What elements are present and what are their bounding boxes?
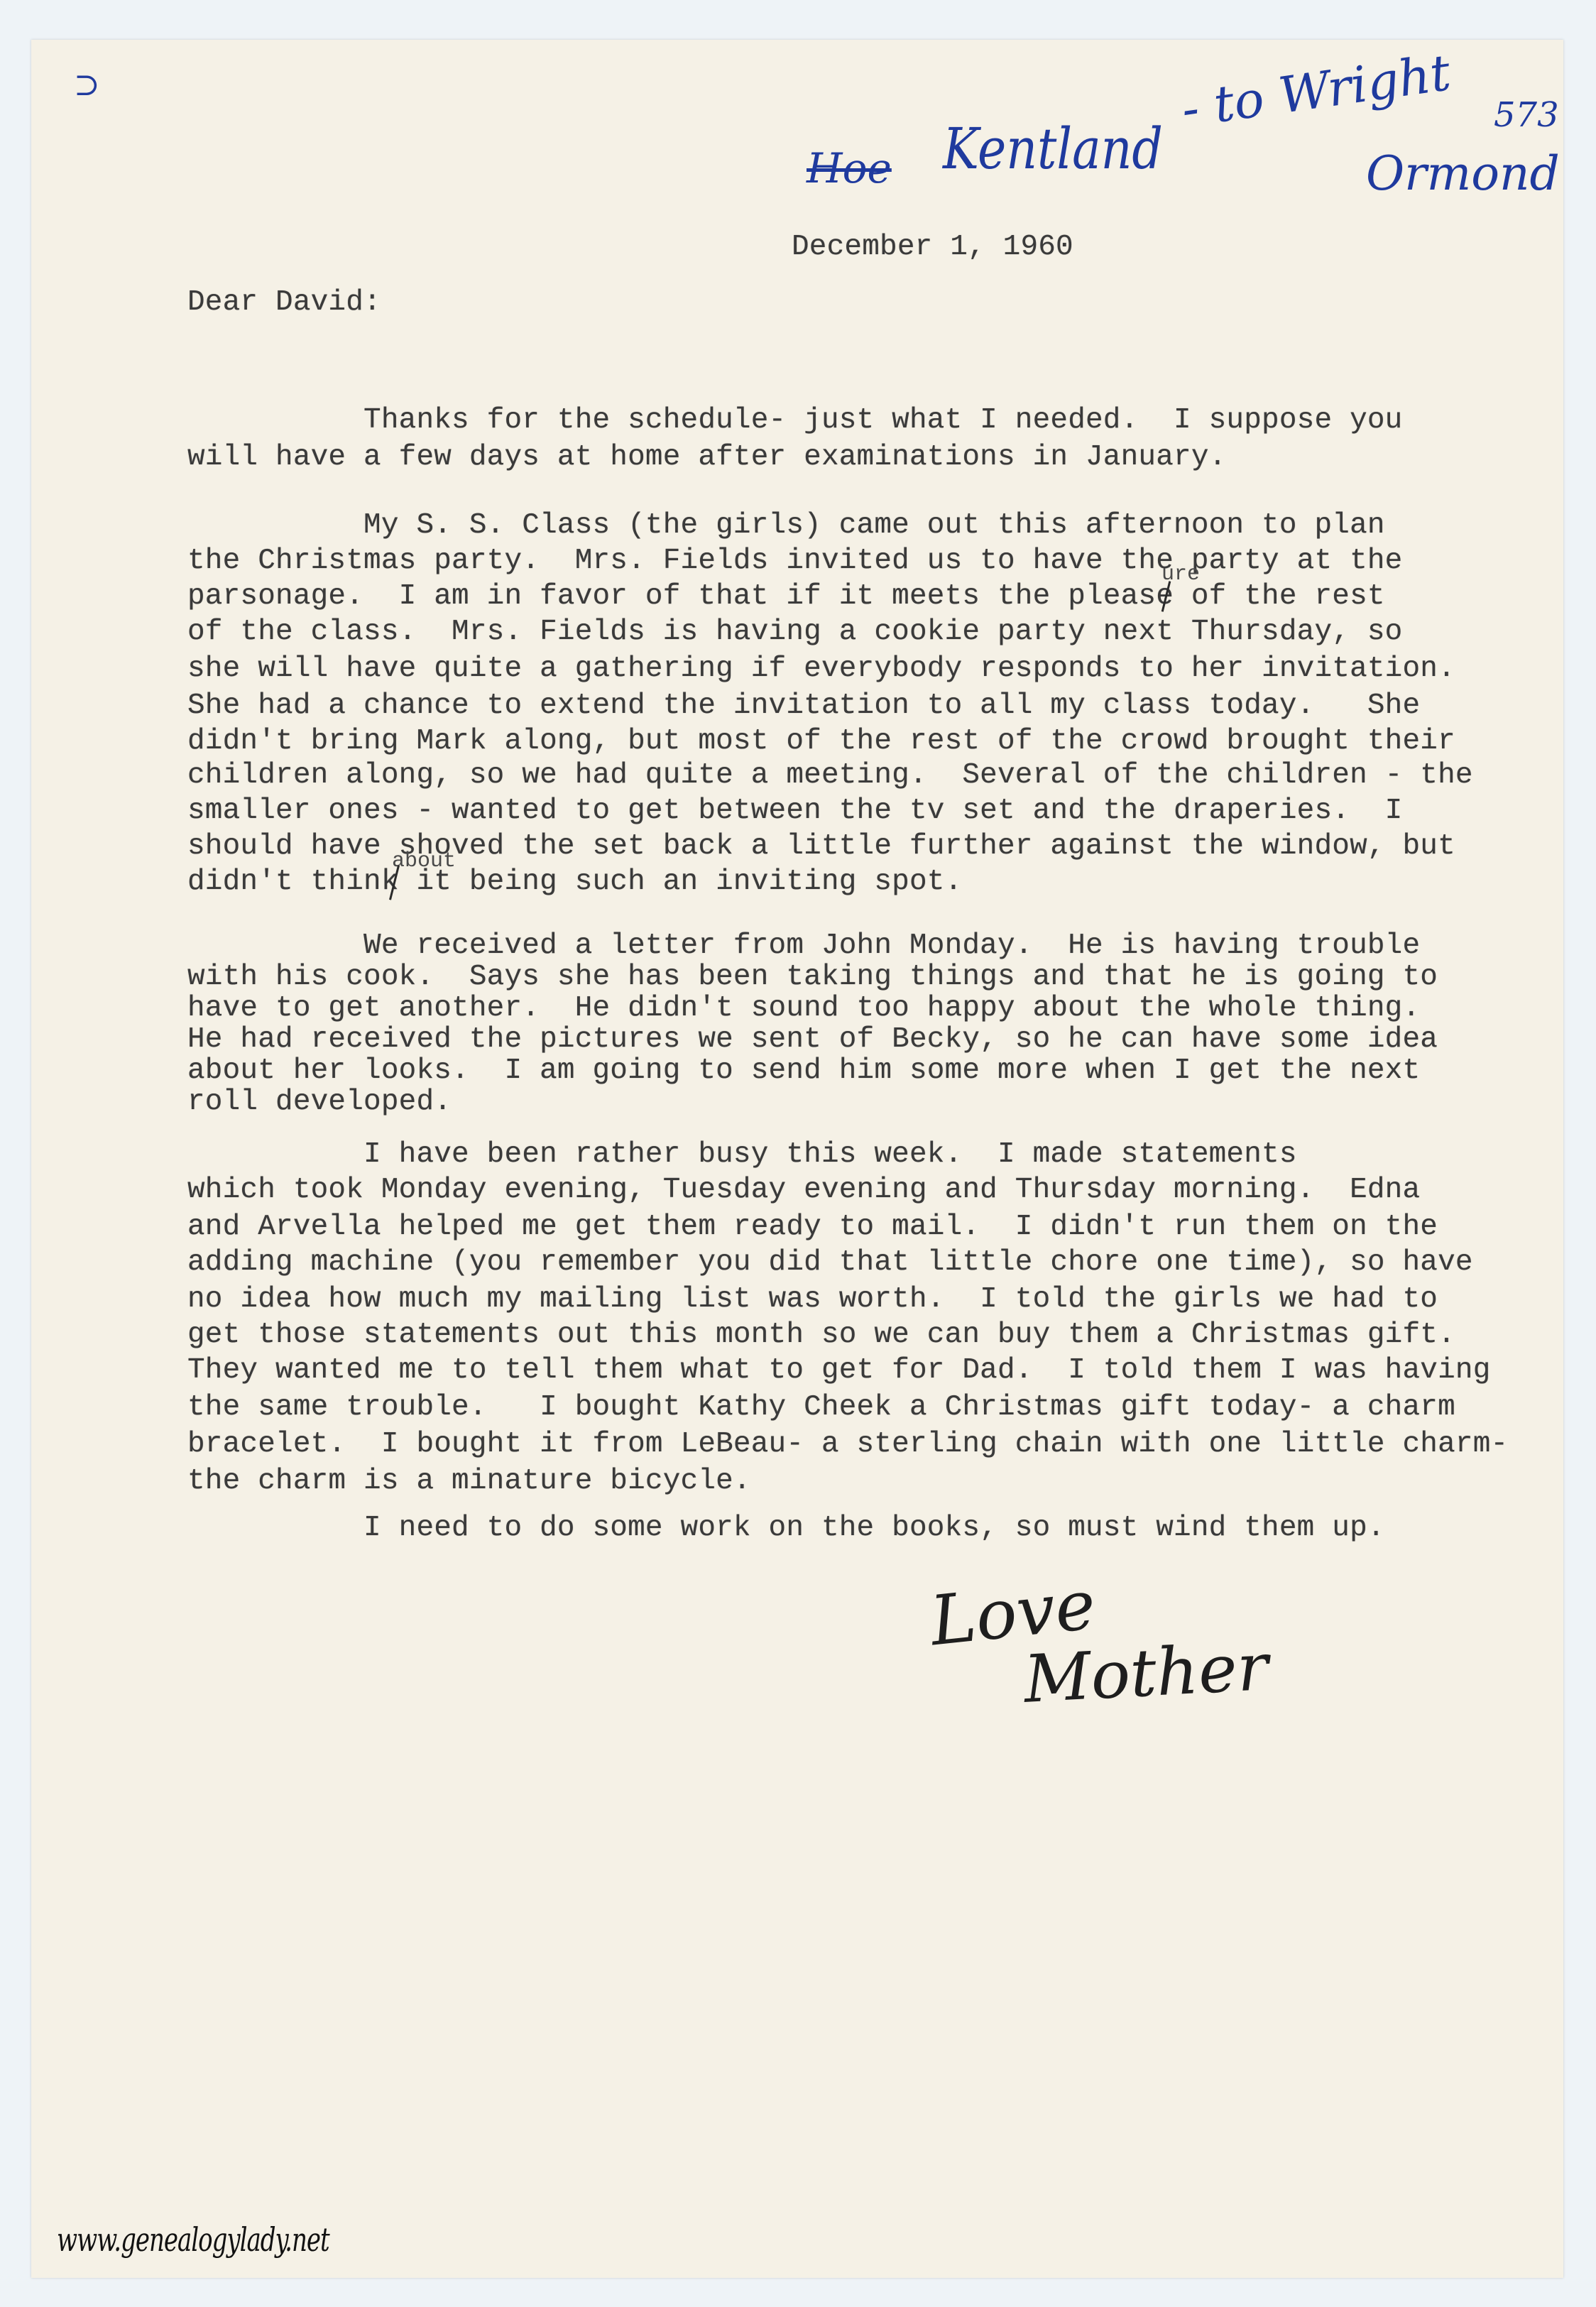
body-line: I need to do some work on the books, so … (187, 1514, 1385, 1543)
body-line: He had received the pictures we sent of … (187, 1025, 1438, 1054)
body-line: she will have quite a gathering if every… (187, 655, 1455, 684)
body-line: no idea how much my mailing list was wor… (187, 1285, 1438, 1314)
body-line: should have shoved the set back a little… (187, 832, 1455, 861)
body-line: the charm is a minature bicycle. (187, 1467, 751, 1496)
body-line: of the class. Mrs. Fields is having a co… (187, 618, 1402, 647)
body-line: She had a chance to extend the invitatio… (187, 692, 1420, 721)
corner-mark: ⊃ (74, 70, 100, 101)
body-line: didn't bring Mark along, but most of the… (187, 727, 1455, 756)
body-line: have to get another. He didn't sound too… (187, 994, 1420, 1023)
body-line: Thanks for the schedule- just what I nee… (187, 406, 1402, 435)
website-watermark: www.genealogylady.net (57, 2221, 329, 2259)
body-line: roll developed. (187, 1088, 452, 1117)
body-line: and Arvella helped me get them ready to … (187, 1213, 1438, 1242)
signature-mother: Mother (1022, 1635, 1270, 1713)
letter-date: December 1, 1960 (792, 233, 1073, 262)
body-line: smaller ones - wanted to get between the… (187, 797, 1402, 826)
body-line: parsonage. I am in favor of that if it m… (187, 582, 1385, 611)
header-strikethrough-word: Hoe (807, 148, 892, 189)
header-note-kentland: Kentland (943, 121, 1163, 178)
body-line: get those statements out this month so w… (187, 1321, 1455, 1350)
body-line: They wanted me to tell them what to get … (187, 1356, 1491, 1385)
body-line: We received a letter from John Monday. H… (187, 932, 1420, 961)
body-line: the Christmas party. Mrs. Fields invited… (187, 547, 1402, 576)
body-line: My S. S. Class (the girls) came out this… (187, 511, 1385, 540)
body-line: will have a few days at home after exami… (187, 443, 1226, 472)
body-line: the same trouble. I bought Kathy Cheek a… (187, 1393, 1455, 1422)
body-line: adding machine (you remember you did tha… (187, 1248, 1473, 1277)
body-line: bracelet. I bought it from LeBeau- a ste… (187, 1430, 1508, 1459)
body-line: with his cook. Says she has been taking … (187, 963, 1438, 992)
body-line: I have been rather busy this week. I mad… (187, 1140, 1297, 1169)
body-line: which took Monday evening, Tuesday eveni… (187, 1176, 1420, 1205)
body-line: about her looks. I am going to send him … (187, 1057, 1420, 1086)
body-line: children along, so we had quite a meetin… (187, 761, 1473, 790)
salutation: Dear David: (187, 288, 381, 317)
body-line: didn't think it being such an inviting s… (187, 868, 962, 897)
header-note-number: 573 (1494, 98, 1559, 132)
header-note-ormond: Ormond (1366, 151, 1560, 197)
